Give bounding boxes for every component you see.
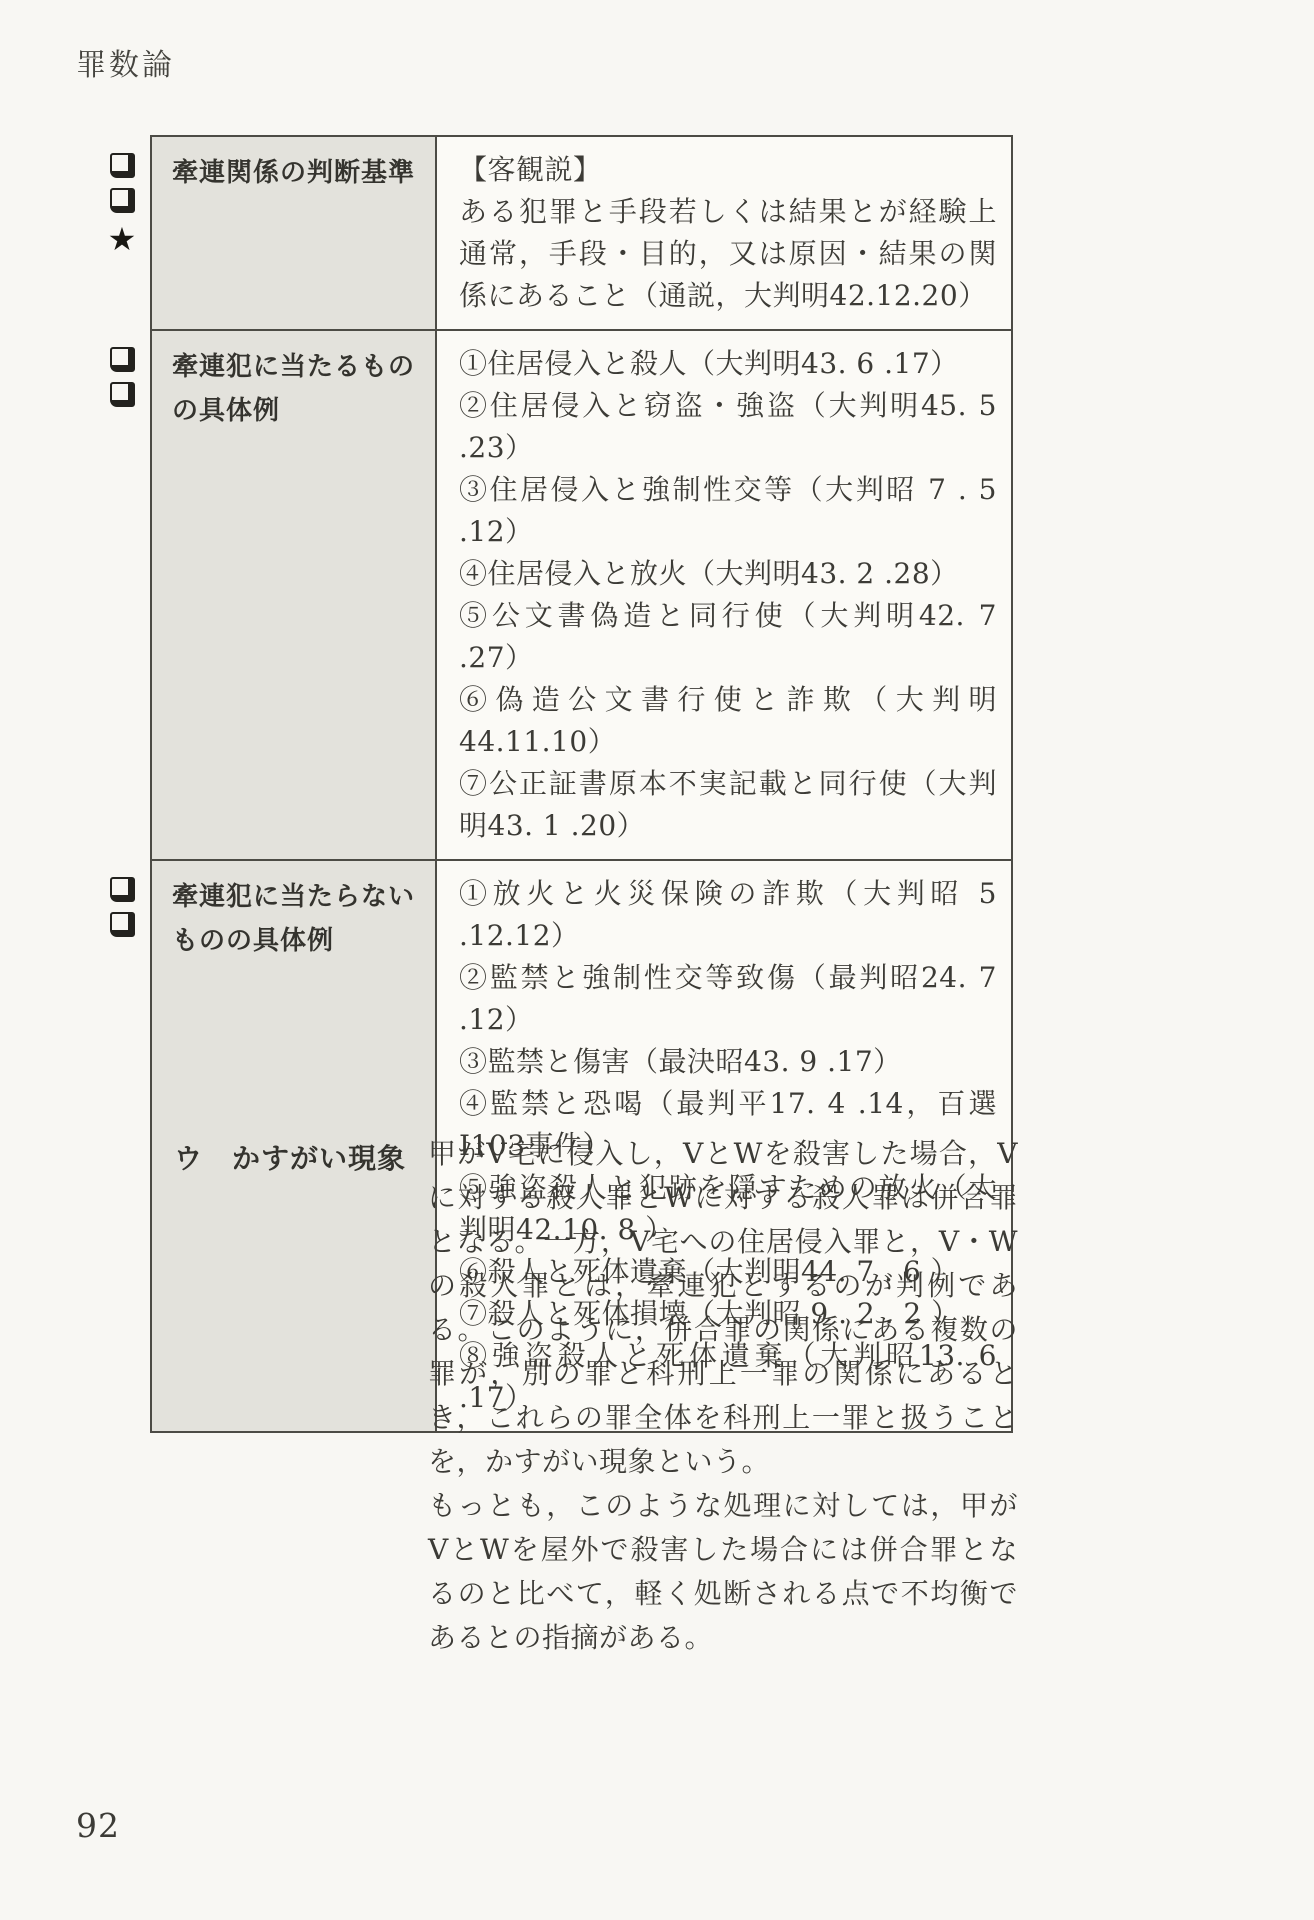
checkbox-icon — [110, 188, 135, 213]
content-line: ②住居侵入と窃盗・強盗（大判明45. 5 .23） — [459, 385, 997, 469]
checkbox-icon — [110, 347, 135, 372]
content-line: ②監禁と強制性交等致傷（最判昭24. 7 .12） — [459, 957, 997, 1041]
row-content: 【客観説】 ある犯罪と手段若しくは結果とが経験上通常，手段・目的，又は原因・結果… — [437, 137, 1011, 329]
content-line: ⑦公正証書原本不実記載と同行使（大判明43. 1 .20） — [459, 763, 997, 847]
page-number: 92 — [76, 1806, 120, 1845]
star-icon: ★ — [108, 223, 137, 255]
row-label: 牽連関係の判断基準 — [152, 137, 437, 329]
table-row: 牽連犯に当たるものの具体例 ①住居侵入と殺人（大判明43. 6 .17） ②住居… — [152, 329, 1011, 859]
row-content: ①住居侵入と殺人（大判明43. 6 .17） ②住居侵入と窃盗・強盗（大判明45… — [437, 331, 1011, 859]
page-title: 罪数論 — [76, 40, 175, 84]
content-line: ③監禁と傷害（最決昭43. 9 .17） — [459, 1041, 997, 1083]
content-line: 【客観説】 — [459, 149, 997, 191]
margin-markers: ★ — [104, 153, 140, 255]
content-line: ③住居侵入と強制性交等（大判昭 7 . 5 .12） — [459, 469, 997, 553]
margin-markers — [104, 347, 140, 407]
row-label: 牽連犯に当たるものの具体例 — [152, 331, 437, 859]
checkbox-icon — [110, 877, 135, 902]
section-paragraph: もっとも，このような処理に対しては，甲がVとWを屋外で殺害した場合には併合罪とな… — [428, 1484, 1018, 1660]
kasugai-section: ウ かすがい現象 甲がV宅に侵入し，VとWを殺害した場合，Vに対する殺人罪とWに… — [0, 1132, 1016, 1660]
content-line: ④住居侵入と放火（大判明43. 2 .28） — [459, 553, 997, 595]
checkbox-icon — [110, 382, 135, 407]
content-line: ⑥偽造公文書行使と詐欺（大判明44.11.10） — [459, 679, 997, 763]
content-line: ①住居侵入と殺人（大判明43. 6 .17） — [459, 343, 997, 385]
section-heading: ウ かすがい現象 — [174, 1137, 406, 1177]
table-row: ★ 牽連関係の判断基準 【客観説】 ある犯罪と手段若しくは結果とが経験上通常，手… — [152, 137, 1011, 329]
margin-markers — [104, 877, 140, 937]
content-line: ⑤公文書偽造と同行使（大判明42. 7 .27） — [459, 595, 997, 679]
content-line: ①放火と火災保険の詐欺（大判昭 5 .12.12） — [459, 873, 997, 957]
checkbox-icon — [110, 912, 135, 937]
section-body: 甲がV宅に侵入し，VとWを殺害した場合，Vに対する殺人罪とWに対する殺人罪は併合… — [428, 1132, 1018, 1660]
checkbox-icon — [110, 153, 135, 178]
section-paragraph: 甲がV宅に侵入し，VとWを殺害した場合，Vに対する殺人罪とWに対する殺人罪は併合… — [428, 1132, 1018, 1484]
content-line: ある犯罪と手段若しくは結果とが経験上通常，手段・目的，又は原因・結果の関係にある… — [459, 191, 997, 317]
